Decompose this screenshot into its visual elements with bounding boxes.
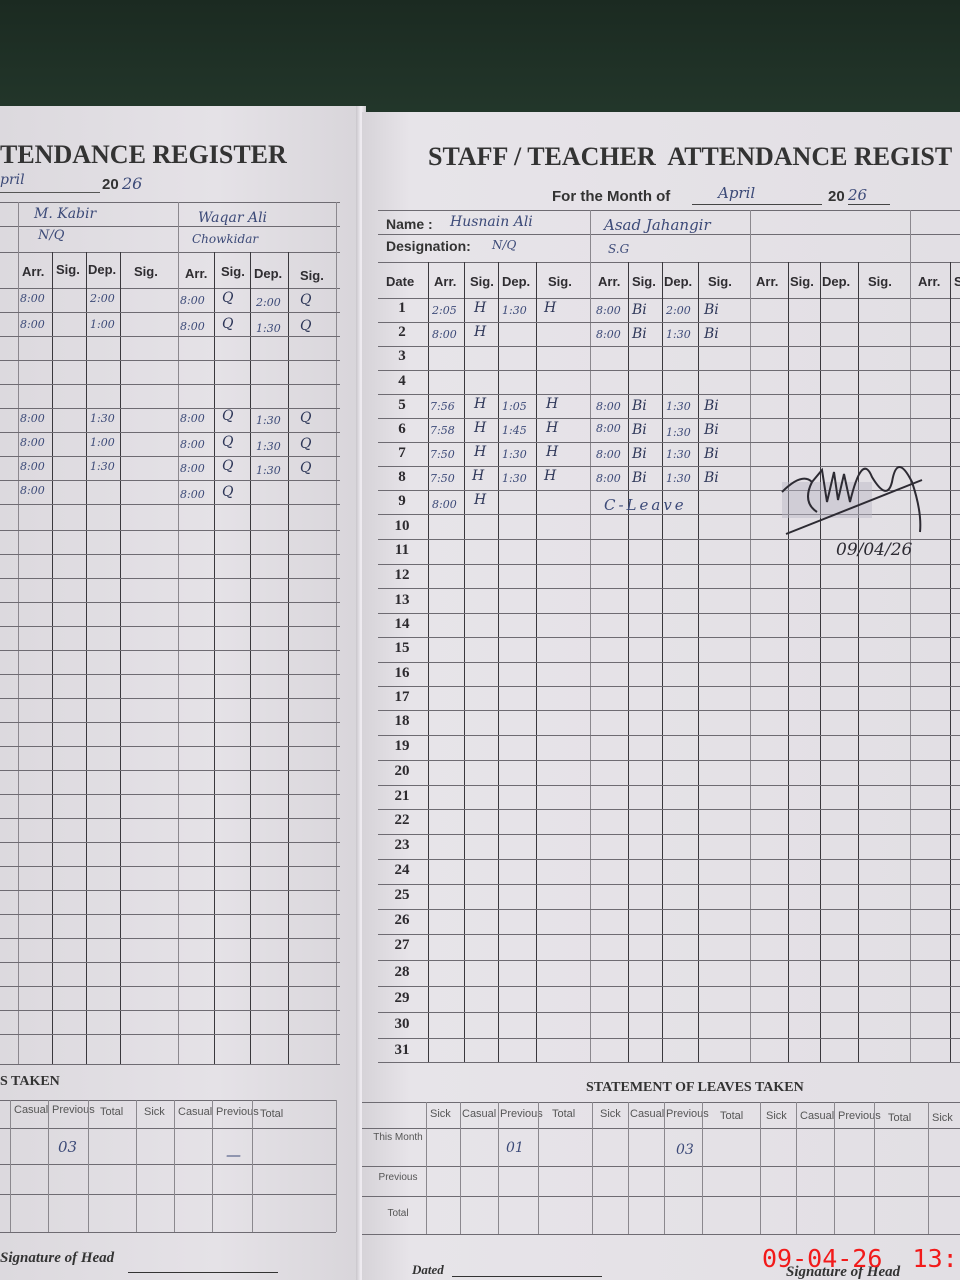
signature: Bi — [704, 326, 719, 342]
grid-line — [336, 1100, 337, 1232]
leave-header: Casual — [14, 1104, 48, 1116]
staff-designation: N/Q — [38, 228, 64, 243]
arrival-time: 8:00 — [596, 448, 621, 461]
rule — [378, 1062, 960, 1063]
rule — [378, 322, 960, 323]
signature: H — [546, 396, 558, 412]
departure-time: 2:00 — [90, 292, 115, 305]
date-cell: 24 — [382, 862, 422, 879]
rule — [362, 1102, 960, 1103]
rule — [362, 1196, 960, 1197]
staff-designation: S.G — [608, 242, 629, 256]
col-header: Arr. — [185, 266, 207, 281]
rule — [378, 686, 960, 687]
grid-line — [288, 252, 289, 1064]
rule — [0, 986, 340, 987]
signature: Q — [222, 316, 233, 332]
dated-line — [452, 1276, 602, 1277]
signature: H — [474, 396, 486, 412]
col-header: Dep. — [664, 274, 692, 289]
signature: Q — [222, 408, 233, 424]
date-cell: 26 — [382, 912, 422, 929]
date-cell: 7 — [382, 445, 422, 462]
left-month-value: pril — [0, 172, 25, 188]
rule — [0, 336, 340, 337]
grid-line — [426, 1102, 427, 1234]
col-header: Arr. — [756, 274, 778, 289]
col-header: Sig. — [868, 274, 892, 289]
date-cell: 8 — [382, 469, 422, 486]
rule — [0, 530, 340, 531]
rule — [0, 914, 340, 915]
rule — [0, 866, 340, 867]
grid-line — [538, 1102, 539, 1234]
departure-time: 1:30 — [256, 322, 281, 335]
leave-header: Total — [720, 1110, 743, 1122]
departure-time: 1:30 — [90, 460, 115, 473]
signature: H — [546, 444, 558, 460]
grid-line — [52, 252, 53, 1064]
date-cell: 22 — [382, 812, 422, 829]
month-value: April — [718, 184, 755, 202]
staff-name: Asad Jahangir — [604, 216, 711, 234]
rule — [378, 1038, 960, 1039]
rule — [0, 578, 340, 579]
departure-time: 1:30 — [502, 472, 527, 485]
col-header: Sig. — [56, 262, 80, 277]
date-cell: 21 — [382, 788, 422, 805]
arrival-time: 8:00 — [180, 320, 205, 333]
register-title: STAFF / TEACHER ATTENDANCE REGIST — [428, 142, 952, 172]
signature: Bi — [704, 470, 719, 486]
col-header: Arr. — [598, 274, 620, 289]
arrival-time: 8:00 — [596, 472, 621, 485]
signature: Q — [222, 458, 233, 474]
departure-time: 1:30 — [256, 414, 281, 427]
date-cell: 2 — [382, 324, 422, 341]
signature: Bi — [632, 446, 647, 462]
camera-timestamp: 09-04-26 13:17 — [762, 1244, 960, 1273]
leave-header: Total — [552, 1108, 575, 1120]
rule — [378, 710, 960, 711]
date-cell: 17 — [382, 689, 422, 706]
leave-value: 01 — [506, 1140, 524, 1156]
rule — [0, 408, 340, 409]
signature: Q — [300, 410, 311, 426]
arrival-time: 8:00 — [180, 412, 205, 425]
rule — [0, 698, 340, 699]
grid-line — [664, 1102, 665, 1234]
leave-header: Total — [100, 1106, 123, 1118]
rule — [378, 934, 960, 935]
grid-line — [136, 1100, 137, 1232]
arrival-time: 7:50 — [430, 472, 455, 485]
date-cell: 5 — [382, 397, 422, 414]
signature: Q — [222, 434, 233, 450]
leave-header: Previous — [500, 1108, 543, 1120]
rule — [378, 662, 960, 663]
grid-line — [18, 202, 19, 1064]
leave-value: — — [226, 1146, 241, 1164]
rule — [378, 909, 960, 910]
grid-line — [250, 252, 251, 1064]
leave-header: Sick — [932, 1112, 953, 1124]
staff-designation: N/Q — [492, 238, 516, 252]
signature: H — [544, 468, 556, 484]
rule — [362, 1234, 960, 1235]
departure-time: 1:30 — [666, 426, 691, 439]
leaves-title: S TAKEN — [0, 1074, 60, 1090]
rule — [0, 818, 340, 819]
row-label-total: Total — [370, 1208, 426, 1219]
arrival-time: 7:58 — [430, 424, 455, 437]
col-header: Sig. — [470, 274, 494, 289]
rule — [0, 1128, 336, 1129]
background-surface — [0, 0, 960, 120]
rule — [0, 554, 340, 555]
signature: H — [474, 444, 486, 460]
rule — [0, 384, 340, 385]
head-signature-icon — [772, 442, 942, 542]
date-cell: 3 — [382, 348, 422, 365]
arrival-time: 8:00 — [20, 460, 45, 473]
rule — [0, 938, 340, 939]
leave-header: Sick — [430, 1108, 451, 1120]
departure-time: 1:00 — [90, 436, 115, 449]
left-page: TENDANCE REGISTER pril 20 26 M. Kabir N/… — [0, 106, 362, 1280]
signature: H — [546, 420, 558, 436]
arrival-time: 8:00 — [180, 488, 205, 501]
arrival-time: 8:00 — [180, 294, 205, 307]
rule — [0, 842, 340, 843]
arrival-time: 8:00 — [20, 292, 45, 305]
col-header: Dep. — [822, 274, 850, 289]
arrival-time: 8:00 — [180, 462, 205, 475]
signature: Q — [300, 292, 311, 308]
signature-line — [128, 1272, 278, 1273]
grid-line — [212, 1100, 213, 1232]
rule — [0, 746, 340, 747]
grid-line — [834, 1102, 835, 1234]
right-page: STAFF / TEACHER ATTENDANCE REGIST For th… — [362, 112, 960, 1280]
signature: Bi — [632, 326, 647, 342]
rule — [0, 650, 340, 651]
rule — [378, 1012, 960, 1013]
rule — [0, 674, 340, 675]
departure-time: 1:30 — [502, 304, 527, 317]
date-cell: 27 — [382, 937, 422, 954]
leave-header: Sick — [144, 1106, 165, 1118]
rule — [0, 770, 340, 771]
leave-value: 03 — [58, 1138, 77, 1156]
arrival-time: 8:00 — [180, 438, 205, 451]
rule — [378, 418, 960, 419]
grid-line — [928, 1102, 929, 1234]
rule — [0, 626, 340, 627]
date-cell: 4 — [382, 373, 422, 390]
row-label-previous: Previous — [370, 1172, 426, 1183]
departure-time: 1:00 — [90, 318, 115, 331]
grid-line — [178, 202, 179, 1064]
rule — [378, 986, 960, 987]
left-page-title: TENDANCE REGISTER — [0, 140, 287, 170]
dated-label: Dated — [412, 1262, 444, 1278]
col-header: S — [954, 274, 960, 289]
date-cell: 13 — [382, 592, 422, 609]
rule — [0, 312, 340, 313]
date-cell: 31 — [382, 1042, 422, 1059]
arrival-time: 2:05 — [432, 304, 457, 317]
col-header: Sig. — [708, 274, 732, 289]
date-cell: 29 — [382, 990, 422, 1007]
date-cell: 19 — [382, 738, 422, 755]
grid-line — [214, 252, 215, 1064]
signature: H — [472, 468, 484, 484]
signature: H — [474, 300, 486, 316]
signature: H — [474, 492, 486, 508]
col-header: Sig. — [134, 264, 158, 279]
rule — [378, 234, 960, 235]
arrival-time: 8:00 — [596, 400, 621, 413]
grid-line — [460, 1102, 461, 1234]
arrival-time: 7:50 — [430, 448, 455, 461]
rule — [378, 346, 960, 347]
rule — [378, 637, 960, 638]
rule — [378, 735, 960, 736]
date-cell: 1 — [382, 300, 422, 317]
date-cell: 20 — [382, 763, 422, 780]
departure-time: 1:05 — [502, 400, 527, 413]
arrival-time: 8:00 — [432, 328, 457, 341]
date-cell: 11 — [382, 542, 422, 559]
rule — [378, 834, 960, 835]
date-cell: 30 — [382, 1016, 422, 1033]
grid-line — [874, 1102, 875, 1234]
rule — [0, 1034, 340, 1035]
date-cell: 16 — [382, 665, 422, 682]
rule — [378, 210, 960, 211]
departure-time: 1:30 — [666, 328, 691, 341]
signature: Bi — [704, 446, 719, 462]
month-label: For the Month of — [552, 188, 670, 205]
year-underline — [848, 204, 890, 205]
rule — [0, 456, 340, 457]
col-header: Sig. — [300, 268, 324, 283]
departure-time: 1:30 — [666, 448, 691, 461]
leave-header: Casual — [630, 1108, 664, 1120]
leave-header: Sick — [766, 1110, 787, 1122]
row-label-this-month: This Month — [370, 1132, 426, 1144]
rule — [378, 884, 960, 885]
rule — [378, 960, 960, 961]
rule — [378, 760, 960, 761]
rule — [0, 202, 340, 203]
col-header: Sig. — [632, 274, 656, 289]
date-cell: 15 — [382, 640, 422, 657]
rule — [0, 1010, 340, 1011]
rule — [378, 370, 960, 371]
signature: Bi — [632, 470, 647, 486]
rule — [0, 504, 340, 505]
staff-name: Waqar Ali — [198, 210, 267, 226]
departure-time: 1:30 — [502, 448, 527, 461]
head-signature-date: 09/04/26 — [836, 540, 912, 560]
col-header: Dep. — [502, 274, 530, 289]
leave-header: Total — [888, 1112, 911, 1124]
arrival-time: 8:00 — [20, 318, 45, 331]
rule — [0, 890, 340, 891]
staff-name: M. Kabir — [34, 206, 96, 222]
grid-line — [628, 1102, 629, 1234]
rule — [378, 394, 960, 395]
rule — [0, 1100, 336, 1101]
casual-leave-note: C-Leave — [604, 496, 687, 514]
rule — [378, 564, 960, 565]
leaves-title: STATEMENT OF LEAVES TAKEN — [586, 1080, 804, 1096]
arrival-time: 8:00 — [596, 328, 621, 341]
signature: Bi — [632, 422, 647, 438]
signature: Q — [222, 484, 233, 500]
year-printed: 20 — [828, 188, 845, 205]
arrival-time: 8:00 — [596, 422, 621, 435]
rule — [0, 480, 340, 481]
date-cell: 6 — [382, 421, 422, 438]
grid-line — [120, 252, 121, 1064]
col-header: Sig. — [221, 264, 245, 279]
col-header: Arr. — [22, 264, 44, 279]
signature: Bi — [632, 398, 647, 414]
leave-header: Sick — [600, 1108, 621, 1120]
year-written: 26 — [848, 186, 867, 204]
month-underline — [692, 204, 822, 205]
rule — [0, 1194, 336, 1195]
rule — [378, 613, 960, 614]
rule — [0, 360, 340, 361]
col-header: Dep. — [254, 266, 282, 281]
signature: H — [544, 300, 556, 316]
name-label: Name : — [386, 216, 433, 232]
rule — [0, 962, 340, 963]
departure-time: 2:00 — [666, 304, 691, 317]
arrival-time: 8:00 — [432, 498, 457, 511]
leave-header: Total — [260, 1108, 283, 1120]
grid-line — [86, 252, 87, 1064]
rule — [378, 588, 960, 589]
rule — [0, 1232, 336, 1233]
signature: Q — [300, 318, 311, 334]
signature: Bi — [704, 422, 719, 438]
grid-line — [174, 1100, 175, 1232]
arrival-time: 8:00 — [20, 412, 45, 425]
grid-line — [48, 1100, 49, 1232]
signature: Q — [300, 460, 311, 476]
col-header: Arr. — [434, 274, 456, 289]
col-header: Dep. — [88, 262, 116, 277]
date-cell: 23 — [382, 837, 422, 854]
leave-value: 03 — [676, 1142, 694, 1158]
leave-header: Casual — [800, 1110, 834, 1122]
signature-of-head-label: Signature of Head — [0, 1250, 114, 1267]
rule — [362, 1166, 960, 1167]
staff-name: Husnain Ali — [450, 214, 533, 230]
leave-header: Casual — [462, 1108, 496, 1120]
staff-designation: Chowkidar — [192, 232, 258, 246]
rule — [0, 432, 340, 433]
grid-line — [796, 1102, 797, 1234]
rule — [0, 794, 340, 795]
rule — [378, 785, 960, 786]
rule — [0, 602, 340, 603]
col-header: Sig. — [548, 274, 572, 289]
col-header: Arr. — [918, 274, 940, 289]
date-cell: 12 — [382, 567, 422, 584]
arrival-time: 8:00 — [20, 436, 45, 449]
rule — [0, 226, 340, 227]
signature: Bi — [704, 398, 719, 414]
grid-line — [592, 1102, 593, 1234]
arrival-time: 7:56 — [430, 400, 455, 413]
date-cell: 10 — [382, 518, 422, 535]
date-cell: 14 — [382, 616, 422, 633]
departure-time: 1:30 — [666, 400, 691, 413]
month-underline — [0, 192, 100, 193]
rule — [0, 1064, 340, 1065]
left-year-printed: 20 — [102, 176, 119, 193]
arrival-time: 8:00 — [596, 304, 621, 317]
date-header: Date — [386, 274, 414, 289]
departure-time: 1:30 — [256, 464, 281, 477]
col-header: Sig. — [790, 274, 814, 289]
grid-line — [336, 202, 337, 1064]
signature: H — [474, 324, 486, 340]
departure-time: 2:00 — [256, 296, 281, 309]
departure-time: 1:30 — [90, 412, 115, 425]
signature: Q — [300, 436, 311, 452]
signature: Bi — [632, 302, 647, 318]
arrival-time: 8:00 — [20, 484, 45, 497]
rule — [378, 859, 960, 860]
date-cell: 28 — [382, 964, 422, 981]
signature: Bi — [704, 302, 719, 318]
signature: H — [474, 420, 486, 436]
grid-line — [10, 1100, 11, 1232]
grid-line — [760, 1102, 761, 1234]
grid-line — [498, 1102, 499, 1234]
date-cell: 25 — [382, 887, 422, 904]
grid-line — [252, 1100, 253, 1232]
rule — [378, 809, 960, 810]
departure-time: 1:30 — [666, 472, 691, 485]
date-cell: 9 — [382, 493, 422, 510]
designation-label: Designation: — [386, 238, 471, 254]
signature: Q — [222, 290, 233, 306]
rule — [0, 1164, 336, 1165]
departure-time: 1:45 — [502, 424, 527, 437]
rule — [0, 722, 340, 723]
departure-time: 1:30 — [256, 440, 281, 453]
grid-line — [88, 1100, 89, 1232]
left-year-written: 26 — [122, 174, 142, 193]
leave-header: Casual — [178, 1106, 212, 1118]
date-cell: 18 — [382, 713, 422, 730]
grid-line — [702, 1102, 703, 1234]
rule — [362, 1128, 960, 1129]
